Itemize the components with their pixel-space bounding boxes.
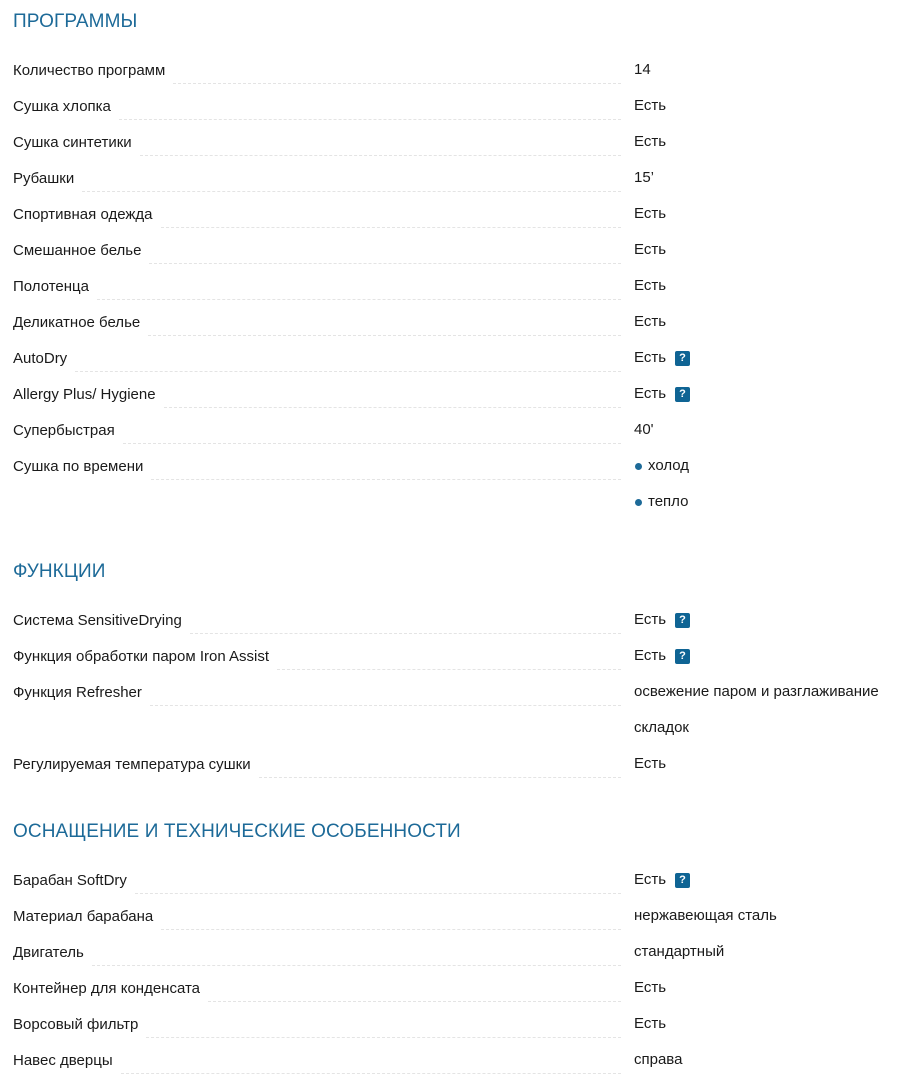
dotted-leader bbox=[75, 370, 621, 372]
spec-label: Количество программ bbox=[13, 62, 173, 84]
spec-label: Материал барабана bbox=[13, 908, 161, 930]
spec-label-cell: Двигатель bbox=[13, 942, 621, 966]
spec-label: Двигатель bbox=[13, 944, 92, 966]
spec-value: Есть bbox=[634, 979, 666, 997]
spec-value: Есть bbox=[634, 647, 666, 665]
spec-value-cell: Есть bbox=[634, 204, 666, 224]
spec-label: Контейнер для конденсата bbox=[13, 980, 208, 1002]
spec-value: Есть bbox=[634, 755, 666, 773]
dotted-leader bbox=[92, 964, 621, 966]
dotted-leader bbox=[151, 478, 621, 480]
spec-label: Функция обработки паром Iron Assist bbox=[13, 648, 277, 670]
dotted-leader bbox=[259, 776, 621, 778]
spec-row: Контейнер для конденсатаЕсть bbox=[13, 978, 911, 1014]
dotted-leader bbox=[173, 82, 621, 84]
spec-row: Навес дверцысправа bbox=[13, 1050, 911, 1086]
spec-label-cell: Сушка синтетики bbox=[13, 132, 621, 156]
spec-value: тепло bbox=[634, 492, 688, 512]
spec-label-cell: Навес дверцы bbox=[13, 1050, 621, 1074]
dotted-leader bbox=[149, 262, 621, 264]
spec-list: Барабан SoftDryЕсть?Материал барабананер… bbox=[13, 870, 911, 1086]
spec-row: Ворсовый фильтрЕсть bbox=[13, 1014, 911, 1050]
spec-label-cell: Ворсовый фильтр bbox=[13, 1014, 621, 1038]
spec-value-cell: Есть bbox=[634, 96, 666, 116]
spec-value-cell: нержавеющая сталь bbox=[634, 906, 777, 926]
spec-label-cell: Сушка по времени bbox=[13, 456, 621, 480]
spec-row: Материал барабананержавеющая сталь bbox=[13, 906, 911, 942]
dotted-leader bbox=[82, 190, 621, 192]
dotted-leader bbox=[190, 632, 621, 634]
dotted-leader bbox=[277, 668, 621, 670]
section-functions: ФУНКЦИИ Система SensitiveDryingЕсть?Функ… bbox=[13, 561, 911, 790]
spec-label: Ворсовый фильтр bbox=[13, 1016, 146, 1038]
spec-label-cell: Смешанное белье bbox=[13, 240, 621, 264]
spec-row: Количество программ14 bbox=[13, 60, 911, 96]
bullet-text: холод bbox=[648, 457, 689, 475]
bullet-icon bbox=[635, 463, 642, 470]
spec-label-cell: Барабан SoftDry bbox=[13, 870, 621, 894]
spec-value: Есть bbox=[634, 871, 666, 889]
spec-value-cell: складок bbox=[634, 718, 689, 738]
spec-row: ПолотенцаЕсть bbox=[13, 276, 911, 312]
spec-value: Есть bbox=[634, 277, 666, 295]
spec-value-cell: Есть bbox=[634, 312, 666, 332]
spec-label-cell: Регулируемая температура сушки bbox=[13, 754, 621, 778]
spec-label: Супербыстрая bbox=[13, 422, 123, 444]
spec-label: Сушка по времени bbox=[13, 458, 151, 480]
spec-row: Деликатное бельеЕсть bbox=[13, 312, 911, 348]
spec-value: Есть bbox=[634, 349, 666, 367]
dotted-leader bbox=[150, 704, 621, 706]
spec-label: Сушка хлопка bbox=[13, 98, 119, 120]
spec-value: Есть bbox=[634, 611, 666, 629]
spec-label: Полотенца bbox=[13, 278, 97, 300]
spec-row: Сушка по временихолод bbox=[13, 456, 911, 492]
spec-label: Система SensitiveDrying bbox=[13, 612, 190, 634]
spec-label-cell: Сушка хлопка bbox=[13, 96, 621, 120]
dotted-leader bbox=[164, 406, 621, 408]
spec-label: Смешанное белье bbox=[13, 242, 149, 264]
spec-row: Рубашки15’ bbox=[13, 168, 911, 204]
spec-value-cell: 14 bbox=[634, 60, 651, 80]
spec-value: Есть bbox=[634, 133, 666, 151]
spec-value: 15’ bbox=[634, 169, 654, 187]
spec-label-cell: Рубашки bbox=[13, 168, 621, 192]
section-programs: ПРОГРАММЫ Количество программ14Сушка хло… bbox=[13, 11, 911, 528]
dotted-leader bbox=[140, 154, 621, 156]
spec-row: AutoDryЕсть? bbox=[13, 348, 911, 384]
spec-row: Двигательстандартный bbox=[13, 942, 911, 978]
spec-value-cell: Есть? bbox=[634, 384, 690, 404]
help-icon[interactable]: ? bbox=[675, 873, 690, 888]
spec-value-continuation: складок bbox=[634, 719, 689, 737]
dotted-leader bbox=[97, 298, 621, 300]
spec-label: Allergy Plus/ Hygiene bbox=[13, 386, 164, 408]
spec-value-cell: Есть bbox=[634, 754, 666, 774]
spec-value-cell: Есть? bbox=[634, 610, 690, 630]
spec-value: Есть bbox=[634, 97, 666, 115]
spec-label-cell: Материал барабана bbox=[13, 906, 621, 930]
spec-row: Сушка синтетикиЕсть bbox=[13, 132, 911, 168]
spec-value: стандартный bbox=[634, 943, 724, 961]
help-icon[interactable]: ? bbox=[675, 351, 690, 366]
dotted-leader bbox=[208, 1000, 621, 1002]
spec-value-cell: 15’ bbox=[634, 168, 654, 188]
spec-value: Есть bbox=[634, 205, 666, 223]
bullet-text: тепло bbox=[648, 493, 688, 511]
spec-row: Система SensitiveDryingЕсть? bbox=[13, 610, 911, 646]
dotted-leader bbox=[123, 442, 621, 444]
spec-value: Есть bbox=[634, 241, 666, 259]
spec-row: Барабан SoftDryЕсть? bbox=[13, 870, 911, 906]
spec-row: Функция обработки паром Iron AssistЕсть? bbox=[13, 646, 911, 682]
dotted-leader bbox=[119, 118, 621, 120]
spec-label-cell: Деликатное белье bbox=[13, 312, 621, 336]
dotted-leader bbox=[146, 1036, 621, 1038]
spec-label-cell: Полотенца bbox=[13, 276, 621, 300]
help-icon[interactable]: ? bbox=[675, 613, 690, 628]
dotted-leader bbox=[161, 928, 621, 930]
spec-value: Есть bbox=[634, 385, 666, 403]
section-title: ФУНКЦИИ bbox=[13, 561, 911, 583]
spec-value: Есть bbox=[634, 1015, 666, 1033]
spec-value: 40' bbox=[634, 421, 654, 439]
spec-value: холод bbox=[634, 456, 689, 476]
help-icon[interactable]: ? bbox=[675, 387, 690, 402]
spec-label-cell: Система SensitiveDrying bbox=[13, 610, 621, 634]
help-icon[interactable]: ? bbox=[675, 649, 690, 664]
spec-row: Регулируемая температура сушкиЕсть bbox=[13, 754, 911, 790]
spec-value-cell: Есть bbox=[634, 978, 666, 998]
spec-value-cell: Есть bbox=[634, 132, 666, 152]
spec-label: Функция Refresher bbox=[13, 684, 150, 706]
spec-value: освежение паром и разглаживание bbox=[634, 683, 879, 701]
section-title: ПРОГРАММЫ bbox=[13, 11, 911, 33]
spec-label-cell: Функция Refresher bbox=[13, 682, 621, 706]
spec-list: Количество программ14Сушка хлопкаЕстьСуш… bbox=[13, 60, 911, 528]
spec-label-cell: Функция обработки паром Iron Assist bbox=[13, 646, 621, 670]
spec-label-cell: Контейнер для конденсата bbox=[13, 978, 621, 1002]
spec-value-cell: освежение паром и разглаживание bbox=[634, 682, 879, 702]
spec-list: Система SensitiveDryingЕсть?Функция обра… bbox=[13, 610, 911, 790]
spec-label-cell: AutoDry bbox=[13, 348, 621, 372]
spec-row: Allergy Plus/ HygieneЕсть? bbox=[13, 384, 911, 420]
spec-label: Деликатное белье bbox=[13, 314, 148, 336]
spec-value-cell: Есть bbox=[634, 240, 666, 260]
spec-row-continuation: складок bbox=[13, 718, 911, 754]
spec-label-cell: Количество программ bbox=[13, 60, 621, 84]
spec-row: Смешанное бельеЕсть bbox=[13, 240, 911, 276]
spec-value: 14 bbox=[634, 61, 651, 79]
dotted-leader bbox=[135, 892, 621, 894]
spec-label: Регулируемая температура сушки bbox=[13, 756, 259, 778]
dotted-leader bbox=[148, 334, 621, 336]
spec-value-cell: справа bbox=[634, 1050, 682, 1070]
spec-value-cell: Есть? bbox=[634, 646, 690, 666]
spec-value: нержавеющая сталь bbox=[634, 907, 777, 925]
spec-row: Функция Refresherосвежение паром и разгл… bbox=[13, 682, 911, 718]
dotted-leader bbox=[121, 1072, 621, 1074]
spec-label: Рубашки bbox=[13, 170, 82, 192]
spec-label-cell: Allergy Plus/ Hygiene bbox=[13, 384, 621, 408]
spec-value-cell: Есть bbox=[634, 1014, 666, 1034]
spec-row: Супербыстрая40' bbox=[13, 420, 911, 456]
spec-value: Есть bbox=[634, 313, 666, 331]
spec-label: Спортивная одежда bbox=[13, 206, 161, 228]
spec-row: Сушка хлопкаЕсть bbox=[13, 96, 911, 132]
dotted-leader bbox=[161, 226, 621, 228]
spec-value-cell: стандартный bbox=[634, 942, 724, 962]
spec-label: Барабан SoftDry bbox=[13, 872, 135, 894]
spec-row: Спортивная одеждаЕсть bbox=[13, 204, 911, 240]
section-equipment: ОСНАЩЕНИЕ И ТЕХНИЧЕСКИЕ ОСОБЕННОСТИ Бара… bbox=[13, 821, 911, 1086]
spec-label-cell: Спортивная одежда bbox=[13, 204, 621, 228]
spec-value-cell: Есть? bbox=[634, 870, 690, 890]
spec-value-cell: 40' bbox=[634, 420, 654, 440]
spec-label: Сушка синтетики bbox=[13, 134, 140, 156]
spec-value-cell: Есть? bbox=[634, 348, 690, 368]
spec-value: справа bbox=[634, 1051, 682, 1069]
spec-label-cell: Супербыстрая bbox=[13, 420, 621, 444]
section-title: ОСНАЩЕНИЕ И ТЕХНИЧЕСКИЕ ОСОБЕННОСТИ bbox=[13, 821, 911, 843]
spec-label: Навес дверцы bbox=[13, 1052, 121, 1074]
spec-label: AutoDry bbox=[13, 350, 75, 372]
spec-row-continuation: тепло bbox=[13, 492, 911, 528]
bullet-icon bbox=[635, 499, 642, 506]
spec-value-cell: Есть bbox=[634, 276, 666, 296]
